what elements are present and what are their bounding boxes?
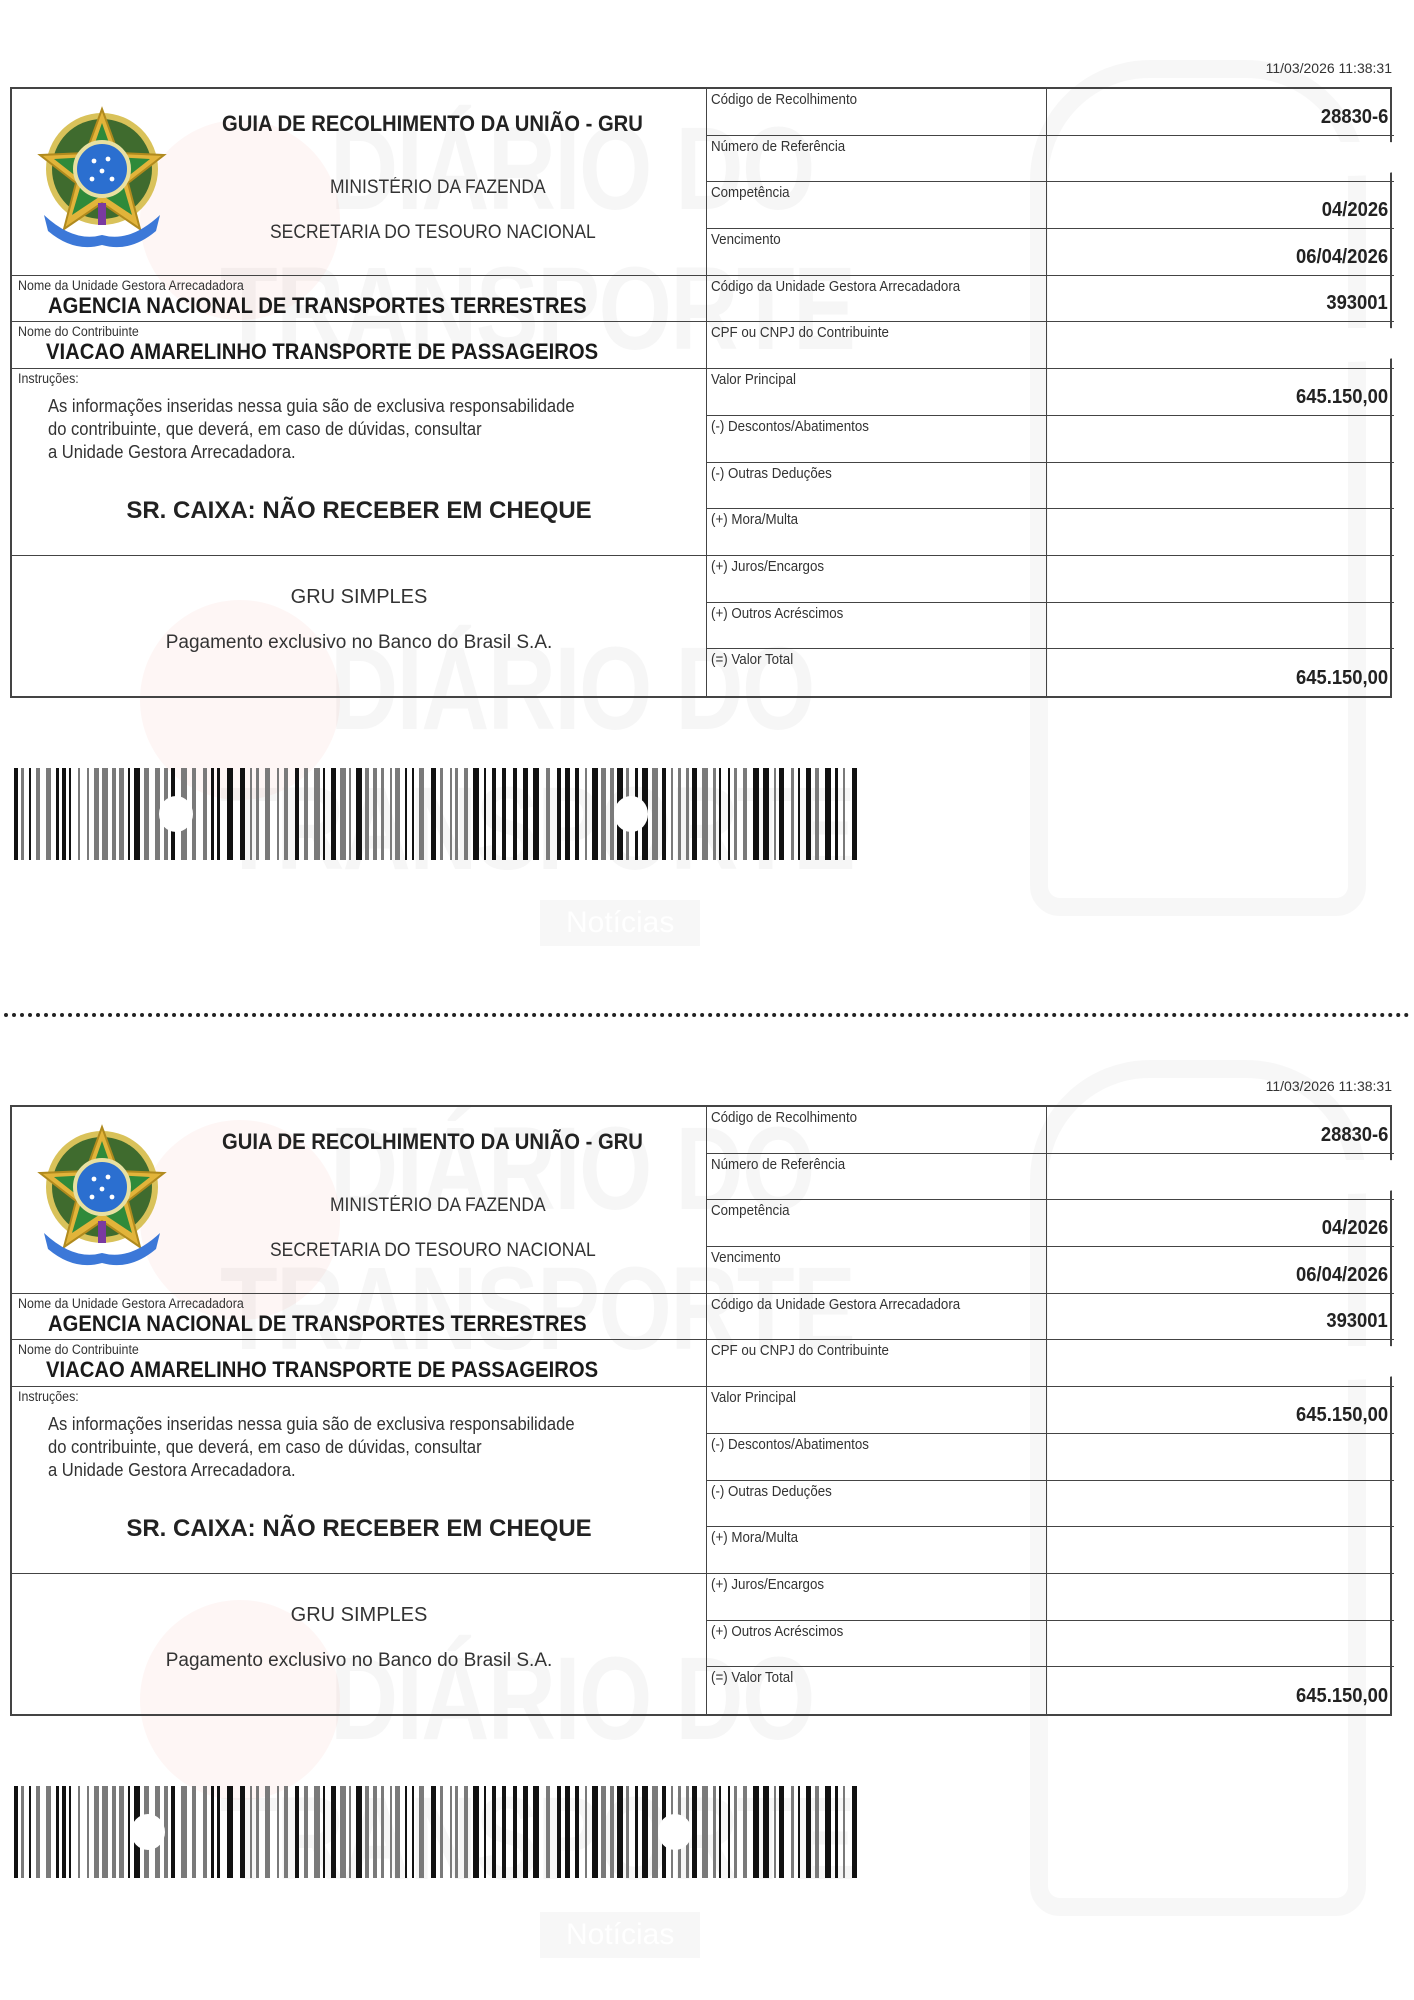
field-label-cell: CPF ou CNPJ do Contribuinte bbox=[707, 1340, 1047, 1387]
field-label-cell: (+) Outros Acréscimos bbox=[707, 603, 1047, 650]
barcode-bar bbox=[557, 1786, 561, 1878]
barcode-bar bbox=[642, 1786, 648, 1878]
instrucoes-label: Instruções: bbox=[18, 1389, 79, 1404]
field-label-cell: (=) Valor Total bbox=[707, 649, 1047, 696]
barcode-bar bbox=[349, 1786, 351, 1878]
barcode-bar bbox=[753, 768, 759, 860]
barcode-bar bbox=[365, 768, 369, 860]
field-label: (-) Descontos/Abatimentos bbox=[711, 1437, 869, 1453]
barcode bbox=[14, 1786, 866, 1878]
cheque-warning: SR. CAIXA: NÃO RECEBER EM CHEQUE bbox=[12, 1515, 706, 1543]
barcode-bar bbox=[314, 768, 320, 860]
field-value-cell bbox=[1047, 1434, 1394, 1481]
barcode-bar bbox=[431, 1786, 436, 1878]
field-label-cell: Código da Unidade Gestora Arrecadadora bbox=[707, 276, 1047, 323]
contribuinte-label: Nome do Contribuinte bbox=[18, 324, 139, 339]
gru-simples-cell: GRU SIMPLES Pagamento exclusivo no Banco… bbox=[12, 556, 707, 696]
field-label-cell: (-) Descontos/Abatimentos bbox=[707, 416, 1047, 463]
barcode-bar bbox=[128, 1786, 130, 1878]
barcode-bar bbox=[601, 1786, 606, 1878]
field-label: (=) Valor Total bbox=[711, 1670, 793, 1686]
redaction-mark bbox=[1197, 1346, 1394, 1380]
field-value-cell bbox=[1047, 416, 1394, 463]
field-label: CPF ou CNPJ do Contribuinte bbox=[711, 1343, 889, 1359]
barcode-bar bbox=[565, 768, 570, 860]
barcode-bar bbox=[211, 1786, 214, 1878]
instrucoes-text: As informações inseridas nessa guia são … bbox=[48, 1413, 575, 1482]
barcode-bar bbox=[546, 768, 550, 860]
brazil-coat-of-arms-icon bbox=[34, 103, 170, 253]
barcode-bar bbox=[36, 1786, 40, 1878]
field-value-cell bbox=[1047, 1574, 1394, 1621]
barcode-bar bbox=[728, 1786, 730, 1878]
field-value-cell bbox=[1047, 1527, 1394, 1574]
field-label-cell: Vencimento bbox=[707, 1247, 1047, 1294]
secretariat-name: SECRETARIA DO TESOURO NACIONAL bbox=[270, 1240, 596, 1262]
field-label-cell: (-) Outras Deduções bbox=[707, 1481, 1047, 1528]
barcode-redaction-dot bbox=[131, 1814, 165, 1850]
barcode-bar bbox=[331, 1786, 336, 1878]
brazil-coat-of-arms-icon bbox=[34, 1121, 170, 1271]
barcode-redaction-dot bbox=[658, 1814, 692, 1850]
barcode-bar bbox=[610, 1786, 614, 1878]
barcode-bar bbox=[719, 1786, 721, 1878]
barcode-bar bbox=[743, 768, 747, 860]
field-label: CPF ou CNPJ do Contribuinte bbox=[711, 325, 889, 341]
barcode-bar bbox=[779, 768, 784, 860]
barcode-bar bbox=[825, 768, 831, 860]
field-value-cell: 06/04/2026 bbox=[1047, 229, 1394, 276]
field-value-cell: 28830-6 bbox=[1047, 1107, 1394, 1154]
barcode-bar bbox=[513, 1786, 517, 1878]
field-value-cell: 645.150,00 bbox=[1047, 1387, 1394, 1434]
barcode-bar bbox=[779, 1786, 784, 1878]
barcode-bar bbox=[144, 768, 149, 860]
field-value-cell bbox=[1047, 603, 1394, 650]
barcode-bar bbox=[323, 1786, 325, 1878]
barcode-bar bbox=[678, 768, 681, 860]
unidade-gestora-label: Nome da Unidade Gestora Arrecadadora bbox=[18, 278, 244, 293]
contribuinte-cell: Nome do Contribuinte VIACAO AMARELINHO T… bbox=[12, 1340, 707, 1387]
field-value-cell bbox=[1047, 509, 1394, 556]
instrucoes-label: Instruções: bbox=[18, 371, 79, 386]
barcode-bar bbox=[652, 768, 658, 860]
barcode-bar bbox=[585, 1786, 587, 1878]
field-value-cell: 393001 bbox=[1047, 1294, 1394, 1341]
redaction-mark bbox=[1197, 1160, 1394, 1194]
barcode-bar bbox=[431, 768, 436, 860]
barcode-bar bbox=[419, 768, 424, 860]
instrucoes-cell: Instruções: As informações inseridas nes… bbox=[12, 369, 707, 556]
gru-simples-title: GRU SIMPLES bbox=[12, 586, 706, 609]
field-value-cell: 393001 bbox=[1047, 276, 1394, 323]
field-label: (+) Juros/Encargos bbox=[711, 1577, 824, 1593]
barcode-bar bbox=[492, 768, 496, 860]
barcode-bar bbox=[791, 1786, 794, 1878]
barcode-bar bbox=[295, 1786, 299, 1878]
barcode-bar bbox=[455, 768, 458, 860]
barcode-bar bbox=[211, 768, 214, 860]
field-value-cell bbox=[1047, 1481, 1394, 1528]
field-label-cell: Código de Recolhimento bbox=[707, 89, 1047, 136]
ministry-name: MINISTÉRIO DA FAZENDA bbox=[330, 1195, 546, 1217]
field-value: 28830-6 bbox=[1320, 106, 1388, 129]
barcode-bar bbox=[852, 768, 857, 860]
gru-form: GUIA DE RECOLHIMENTO DA UNIÃO - GRU MINI… bbox=[10, 87, 1392, 698]
field-value: 645.150,00 bbox=[1296, 1404, 1388, 1427]
barcode-bar bbox=[349, 768, 351, 860]
barcode-bar bbox=[373, 768, 377, 860]
barcode-bar bbox=[825, 1786, 831, 1878]
barcode-bar bbox=[284, 1786, 288, 1878]
barcode-bar bbox=[21, 768, 24, 860]
barcode-bar bbox=[395, 768, 400, 860]
gru-form: GUIA DE RECOLHIMENTO DA UNIÃO - GRU MINI… bbox=[10, 1105, 1392, 1716]
secretariat-name: SECRETARIA DO TESOURO NACIONAL bbox=[270, 222, 596, 244]
barcode-bar bbox=[565, 1786, 570, 1878]
barcode-bar bbox=[484, 1786, 486, 1878]
field-value-cell: 645.150,00 bbox=[1047, 649, 1394, 696]
barcode-bar bbox=[713, 768, 716, 860]
field-label: Código da Unidade Gestora Arrecadadora bbox=[711, 1297, 960, 1313]
barcode-bar bbox=[265, 1786, 270, 1878]
barcode-bar bbox=[112, 768, 116, 860]
barcode-bar bbox=[304, 1786, 308, 1878]
field-value-cell: 04/2026 bbox=[1047, 182, 1394, 229]
barcode-bar bbox=[734, 768, 737, 860]
barcode-bar bbox=[484, 768, 486, 860]
barcode-bar bbox=[203, 768, 207, 860]
field-label-cell: (-) Outras Deduções bbox=[707, 463, 1047, 510]
field-label: Código de Recolhimento bbox=[711, 1110, 857, 1126]
barcode-bar bbox=[14, 1786, 18, 1878]
field-label: Valor Principal bbox=[711, 1390, 796, 1406]
barcode-bar bbox=[450, 1786, 452, 1878]
field-value-cell bbox=[1047, 1340, 1394, 1387]
barcode-bar bbox=[87, 768, 89, 860]
field-label: (+) Mora/Multa bbox=[711, 1530, 798, 1546]
barcode-bar bbox=[440, 1786, 443, 1878]
barcode-bar bbox=[546, 1786, 550, 1878]
gru-simples-subtitle: Pagamento exclusivo no Banco do Brasil S… bbox=[12, 1650, 706, 1672]
field-label: (-) Descontos/Abatimentos bbox=[711, 419, 869, 435]
barcode-bar bbox=[181, 1786, 187, 1878]
field-label-cell: Competência bbox=[707, 182, 1047, 229]
field-label: Código de Recolhimento bbox=[711, 92, 857, 108]
field-value-cell: 06/04/2026 bbox=[1047, 1247, 1394, 1294]
barcode-bar bbox=[94, 1786, 99, 1878]
barcode-bar bbox=[102, 768, 108, 860]
barcode-bar bbox=[671, 768, 673, 860]
field-label-cell: CPF ou CNPJ do Contribuinte bbox=[707, 322, 1047, 369]
field-label-cell: Valor Principal bbox=[707, 369, 1047, 416]
barcode-bar bbox=[381, 768, 384, 860]
field-label: Código da Unidade Gestora Arrecadadora bbox=[711, 279, 960, 295]
field-label-cell: Vencimento bbox=[707, 229, 1047, 276]
barcode-bar bbox=[412, 768, 414, 860]
barcode-bar bbox=[728, 768, 730, 860]
field-value: 06/04/2026 bbox=[1296, 1264, 1388, 1287]
barcode-bar bbox=[626, 1786, 629, 1878]
field-value-cell: 645.150,00 bbox=[1047, 369, 1394, 416]
field-label: Número de Referência bbox=[711, 1157, 845, 1173]
barcode-bar bbox=[56, 1786, 59, 1878]
barcode-bar bbox=[87, 1786, 89, 1878]
barcode-bar bbox=[719, 768, 721, 860]
timestamp: 11/03/2026 11:38:31 bbox=[1266, 1078, 1392, 1094]
barcode-bar bbox=[256, 1786, 259, 1878]
barcode-bar bbox=[69, 768, 71, 860]
field-value: 645.150,00 bbox=[1296, 667, 1388, 690]
field-label-cell: (=) Valor Total bbox=[707, 1667, 1047, 1714]
barcode-bar bbox=[702, 768, 708, 860]
field-label-cell: (+) Mora/Multa bbox=[707, 1527, 1047, 1574]
barcode-bar bbox=[492, 1786, 496, 1878]
barcode-bar bbox=[502, 768, 506, 860]
field-label-cell: Competência bbox=[707, 1200, 1047, 1247]
barcode-bar bbox=[843, 768, 845, 860]
barcode-bar bbox=[533, 1786, 539, 1878]
barcode-bar bbox=[835, 768, 838, 860]
barcode-bar bbox=[713, 1786, 716, 1878]
barcode-bar bbox=[381, 1786, 384, 1878]
barcode-bar bbox=[94, 768, 99, 860]
barcode-bar bbox=[340, 768, 346, 860]
barcode-bar bbox=[395, 1786, 400, 1878]
barcode-bar bbox=[473, 768, 479, 860]
barcode-bar bbox=[533, 768, 539, 860]
field-value-cell bbox=[1047, 322, 1394, 369]
barcode-bar bbox=[806, 768, 811, 860]
barcode-bar bbox=[763, 1786, 769, 1878]
field-label: Competência bbox=[711, 185, 790, 201]
barcode-bar bbox=[419, 1786, 424, 1878]
field-value: 393001 bbox=[1327, 292, 1388, 315]
barcode-bar bbox=[21, 1786, 24, 1878]
field-value: 06/04/2026 bbox=[1296, 246, 1388, 269]
barcode-bar bbox=[635, 1786, 638, 1878]
form-title: GUIA DE RECOLHIMENTO DA UNIÃO - GRU bbox=[222, 111, 643, 137]
ministry-name: MINISTÉRIO DA FAZENDA bbox=[330, 177, 546, 199]
field-label-cell: (+) Juros/Encargos bbox=[707, 556, 1047, 603]
barcode-bar bbox=[662, 768, 666, 860]
barcode-bar bbox=[835, 1786, 838, 1878]
contribuinte-value: VIACAO AMARELINHO TRANSPORTE DE PASSAGEI… bbox=[46, 339, 598, 365]
barcode-bar bbox=[373, 1786, 377, 1878]
field-value-cell: 04/2026 bbox=[1047, 1200, 1394, 1247]
barcode-bar bbox=[217, 768, 220, 860]
barcode-bar bbox=[240, 768, 245, 860]
cut-line bbox=[4, 1013, 1410, 1017]
barcode-bar bbox=[134, 768, 140, 860]
barcode-bar bbox=[365, 1786, 369, 1878]
form-header: GUIA DE RECOLHIMENTO DA UNIÃO - GRU MINI… bbox=[12, 1107, 707, 1294]
field-value-cell: 28830-6 bbox=[1047, 89, 1394, 136]
barcode-bar bbox=[62, 768, 66, 860]
barcode-bar bbox=[702, 1786, 708, 1878]
barcode-bar bbox=[523, 768, 528, 860]
barcode-bar bbox=[29, 1786, 31, 1878]
barcode-bar bbox=[843, 1786, 845, 1878]
barcode-bar bbox=[592, 1786, 598, 1878]
barcode-bar bbox=[171, 1786, 175, 1878]
barcode-bar bbox=[69, 1786, 71, 1878]
barcode-bar bbox=[250, 1786, 252, 1878]
barcode-bar bbox=[464, 768, 468, 860]
barcode-bar bbox=[356, 1786, 362, 1878]
barcode-bar bbox=[390, 1786, 392, 1878]
field-label-cell: Número de Referência bbox=[707, 1154, 1047, 1201]
barcode-bar bbox=[791, 768, 794, 860]
field-label: Competência bbox=[711, 1203, 790, 1219]
barcode-bar bbox=[575, 1786, 579, 1878]
barcode-bar bbox=[806, 1786, 811, 1878]
field-value: 645.150,00 bbox=[1296, 386, 1388, 409]
barcode-bar bbox=[256, 768, 259, 860]
instrucoes-cell: Instruções: As informações inseridas nes… bbox=[12, 1387, 707, 1574]
barcode-bar bbox=[277, 1786, 279, 1878]
barcode-bar bbox=[356, 768, 362, 860]
redaction-mark bbox=[1197, 328, 1394, 362]
field-value: 04/2026 bbox=[1321, 199, 1388, 222]
field-label-cell: (+) Mora/Multa bbox=[707, 509, 1047, 556]
gru-simples-subtitle: Pagamento exclusivo no Banco do Brasil S… bbox=[12, 632, 706, 654]
barcode-bar bbox=[227, 768, 233, 860]
barcode-bar bbox=[455, 1786, 458, 1878]
barcode-bar bbox=[119, 1786, 124, 1878]
field-value-cell bbox=[1047, 556, 1394, 603]
barcode-bar bbox=[734, 1786, 737, 1878]
contribuinte-value: VIACAO AMARELINHO TRANSPORTE DE PASSAGEI… bbox=[46, 1357, 598, 1383]
barcode-bar bbox=[29, 768, 31, 860]
field-label-cell: Valor Principal bbox=[707, 1387, 1047, 1434]
barcode-redaction-dot bbox=[614, 796, 648, 832]
barcode-bar bbox=[692, 768, 697, 860]
barcode-bar bbox=[774, 1786, 776, 1878]
watermark-tag-b: Notícias bbox=[540, 1912, 700, 1958]
barcode-bar bbox=[112, 1786, 116, 1878]
gru-simples-title: GRU SIMPLES bbox=[12, 1604, 706, 1627]
instrucoes-text: As informações inseridas nessa guia são … bbox=[48, 395, 575, 464]
barcode-bar bbox=[798, 768, 800, 860]
barcode-bar bbox=[774, 768, 776, 860]
field-value-cell bbox=[1047, 1621, 1394, 1668]
unidade-gestora-value: AGENCIA NACIONAL DE TRANSPORTES TERRESTR… bbox=[48, 1311, 587, 1337]
barcode-bar bbox=[585, 768, 587, 860]
barcode-bar bbox=[128, 768, 130, 860]
barcode-bar bbox=[601, 768, 606, 860]
redaction-mark bbox=[1197, 142, 1394, 176]
contribuinte-label: Nome do Contribuinte bbox=[18, 1342, 139, 1357]
field-label: Valor Principal bbox=[711, 372, 796, 388]
barcode-bar bbox=[102, 1786, 108, 1878]
barcode-bar bbox=[592, 768, 598, 860]
barcode-bar bbox=[464, 1786, 468, 1878]
cheque-warning: SR. CAIXA: NÃO RECEBER EM CHEQUE bbox=[12, 497, 706, 525]
barcode-bar bbox=[815, 768, 819, 860]
barcode-bar bbox=[557, 768, 561, 860]
field-value: 28830-6 bbox=[1320, 1124, 1388, 1147]
field-label-cell: Código de Recolhimento bbox=[707, 1107, 1047, 1154]
barcode-bar bbox=[473, 1786, 479, 1878]
barcode-bar bbox=[203, 1786, 207, 1878]
field-value-cell: 645.150,00 bbox=[1047, 1667, 1394, 1714]
barcode-bar bbox=[753, 1786, 759, 1878]
unidade-gestora-label: Nome da Unidade Gestora Arrecadadora bbox=[18, 1296, 244, 1311]
barcode-bar bbox=[46, 1786, 51, 1878]
field-label: (+) Outros Acréscimos bbox=[711, 1624, 843, 1640]
field-value-cell bbox=[1047, 136, 1394, 183]
barcode-bar bbox=[295, 768, 299, 860]
barcode-bar bbox=[314, 1786, 320, 1878]
barcode-bar bbox=[798, 1786, 800, 1878]
barcode-bar bbox=[405, 768, 407, 860]
field-label: (-) Outras Deduções bbox=[711, 466, 832, 482]
barcode-bar bbox=[340, 1786, 346, 1878]
barcode-bar bbox=[46, 768, 51, 860]
barcode-bar bbox=[513, 768, 517, 860]
field-label: Vencimento bbox=[711, 232, 781, 248]
field-label: (-) Outras Deduções bbox=[711, 1484, 832, 1500]
barcode-bar bbox=[450, 768, 452, 860]
field-label-cell: (+) Juros/Encargos bbox=[707, 1574, 1047, 1621]
form-title: GUIA DE RECOLHIMENTO DA UNIÃO - GRU bbox=[222, 1129, 643, 1155]
field-label: Número de Referência bbox=[711, 139, 845, 155]
barcode-bar bbox=[192, 1786, 196, 1878]
barcode-bar bbox=[14, 768, 18, 860]
barcode-bar bbox=[523, 1786, 528, 1878]
barcode-bar bbox=[56, 768, 59, 860]
barcode bbox=[14, 768, 866, 860]
barcode-bar bbox=[412, 1786, 414, 1878]
barcode-bar bbox=[250, 768, 252, 860]
field-label: (=) Valor Total bbox=[711, 652, 793, 668]
barcode-bar bbox=[78, 768, 80, 860]
barcode-bar bbox=[617, 1786, 623, 1878]
barcode-bar bbox=[217, 1786, 220, 1878]
barcode-redaction-dot bbox=[159, 796, 193, 832]
unidade-gestora-cell: Nome da Unidade Gestora Arrecadadora AGE… bbox=[12, 1294, 707, 1341]
field-value-cell bbox=[1047, 1154, 1394, 1201]
field-label-cell: (-) Descontos/Abatimentos bbox=[707, 1434, 1047, 1481]
barcode-bar bbox=[62, 1786, 66, 1878]
barcode-bar bbox=[502, 1786, 506, 1878]
field-label: (+) Juros/Encargos bbox=[711, 559, 824, 575]
barcode-bar bbox=[743, 1786, 747, 1878]
contribuinte-cell: Nome do Contribuinte VIACAO AMARELINHO T… bbox=[12, 322, 707, 369]
barcode-bar bbox=[36, 768, 40, 860]
field-value: 393001 bbox=[1327, 1310, 1388, 1333]
barcode-bar bbox=[119, 768, 124, 860]
barcode-bar bbox=[405, 1786, 407, 1878]
field-value-cell bbox=[1047, 463, 1394, 510]
field-label: (+) Mora/Multa bbox=[711, 512, 798, 528]
barcode-bar bbox=[390, 768, 392, 860]
field-value: 04/2026 bbox=[1321, 1217, 1388, 1240]
field-label-cell: Código da Unidade Gestora Arrecadadora bbox=[707, 1294, 1047, 1341]
gru-simples-cell: GRU SIMPLES Pagamento exclusivo no Banco… bbox=[12, 1574, 707, 1714]
barcode-bar bbox=[763, 768, 769, 860]
barcode-bar bbox=[686, 768, 689, 860]
field-label: Vencimento bbox=[711, 1250, 781, 1266]
barcode-bar bbox=[78, 1786, 80, 1878]
field-label-cell: Número de Referência bbox=[707, 136, 1047, 183]
barcode-bar bbox=[304, 768, 308, 860]
timestamp: 11/03/2026 11:38:31 bbox=[1266, 60, 1392, 76]
barcode-bar bbox=[815, 1786, 819, 1878]
barcode-bar bbox=[692, 1786, 697, 1878]
form-header: GUIA DE RECOLHIMENTO DA UNIÃO - GRU MINI… bbox=[12, 89, 707, 276]
